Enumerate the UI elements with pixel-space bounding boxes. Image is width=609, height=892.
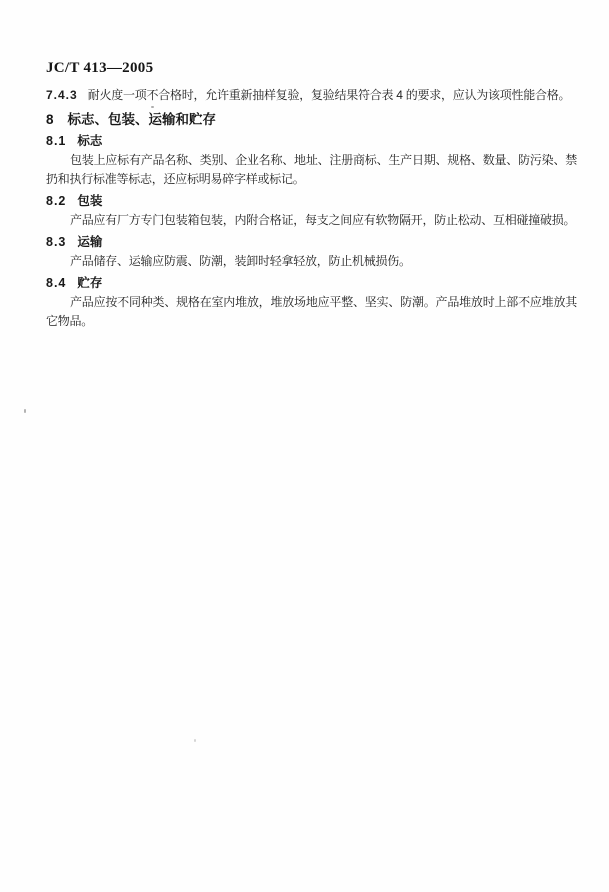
scan-speck	[151, 106, 154, 108]
subsection-8-3-title: 运输	[77, 235, 102, 249]
clause-7-4-3-text: 耐火度一项不合格时，允许重新抽样复验，复验结果符合表 4 的要求，应认为该项性能…	[88, 88, 571, 102]
subsection-8-3-heading: 8.3运输	[46, 233, 577, 252]
subsection-8-2-heading: 8.2包装	[46, 192, 577, 211]
scan-speck	[24, 409, 26, 413]
section-8-number: 8	[46, 112, 55, 127]
section-8-heading: 8标志、包装、运输和贮存	[46, 110, 577, 129]
subsection-8-4-number: 8.4	[46, 276, 66, 290]
subsection-8-3-number: 8.3	[46, 235, 66, 249]
document-content: JC/T 413—2005 7.4.3耐火度一项不合格时，允许重新抽样复验，复验…	[46, 60, 577, 331]
subsection-8-1-heading: 8.1标志	[46, 132, 577, 151]
standard-number-header: JC/T 413—2005	[46, 60, 577, 77]
clause-7-4-3: 7.4.3耐火度一项不合格时，允许重新抽样复验，复验结果符合表 4 的要求，应认…	[46, 86, 577, 105]
subsection-8-1-number: 8.1	[46, 134, 66, 148]
clause-7-4-3-number: 7.4.3	[46, 88, 78, 102]
document-page: JC/T 413—2005 7.4.3耐火度一项不合格时，允许重新抽样复验，复验…	[0, 0, 609, 892]
subsection-8-2-number: 8.2	[46, 194, 66, 208]
subsection-8-1-title: 标志	[77, 134, 102, 148]
subsection-8-2-body: 产品应有厂方专门包装箱包装，内附合格证，每支之间应有软物隔开，防止松动、互相碰撞…	[46, 211, 577, 230]
scan-speck	[194, 739, 196, 742]
subsection-8-4-body: 产品应按不同种类、规格在室内堆放，堆放场地应平整、坚实、防潮。产品堆放时上部不应…	[46, 293, 577, 331]
subsection-8-4-heading: 8.4贮存	[46, 274, 577, 293]
section-8-title: 标志、包装、运输和贮存	[68, 112, 217, 127]
subsection-8-3-body: 产品储存、运输应防震、防潮，装卸时轻拿轻放，防止机械损伤。	[46, 252, 577, 271]
subsection-8-1-body: 包装上应标有产品名称、类别、企业名称、地址、注册商标、生产日期、规格、数量、防污…	[46, 151, 577, 189]
subsection-8-2-title: 包装	[77, 194, 102, 208]
subsection-8-4-title: 贮存	[77, 276, 102, 290]
